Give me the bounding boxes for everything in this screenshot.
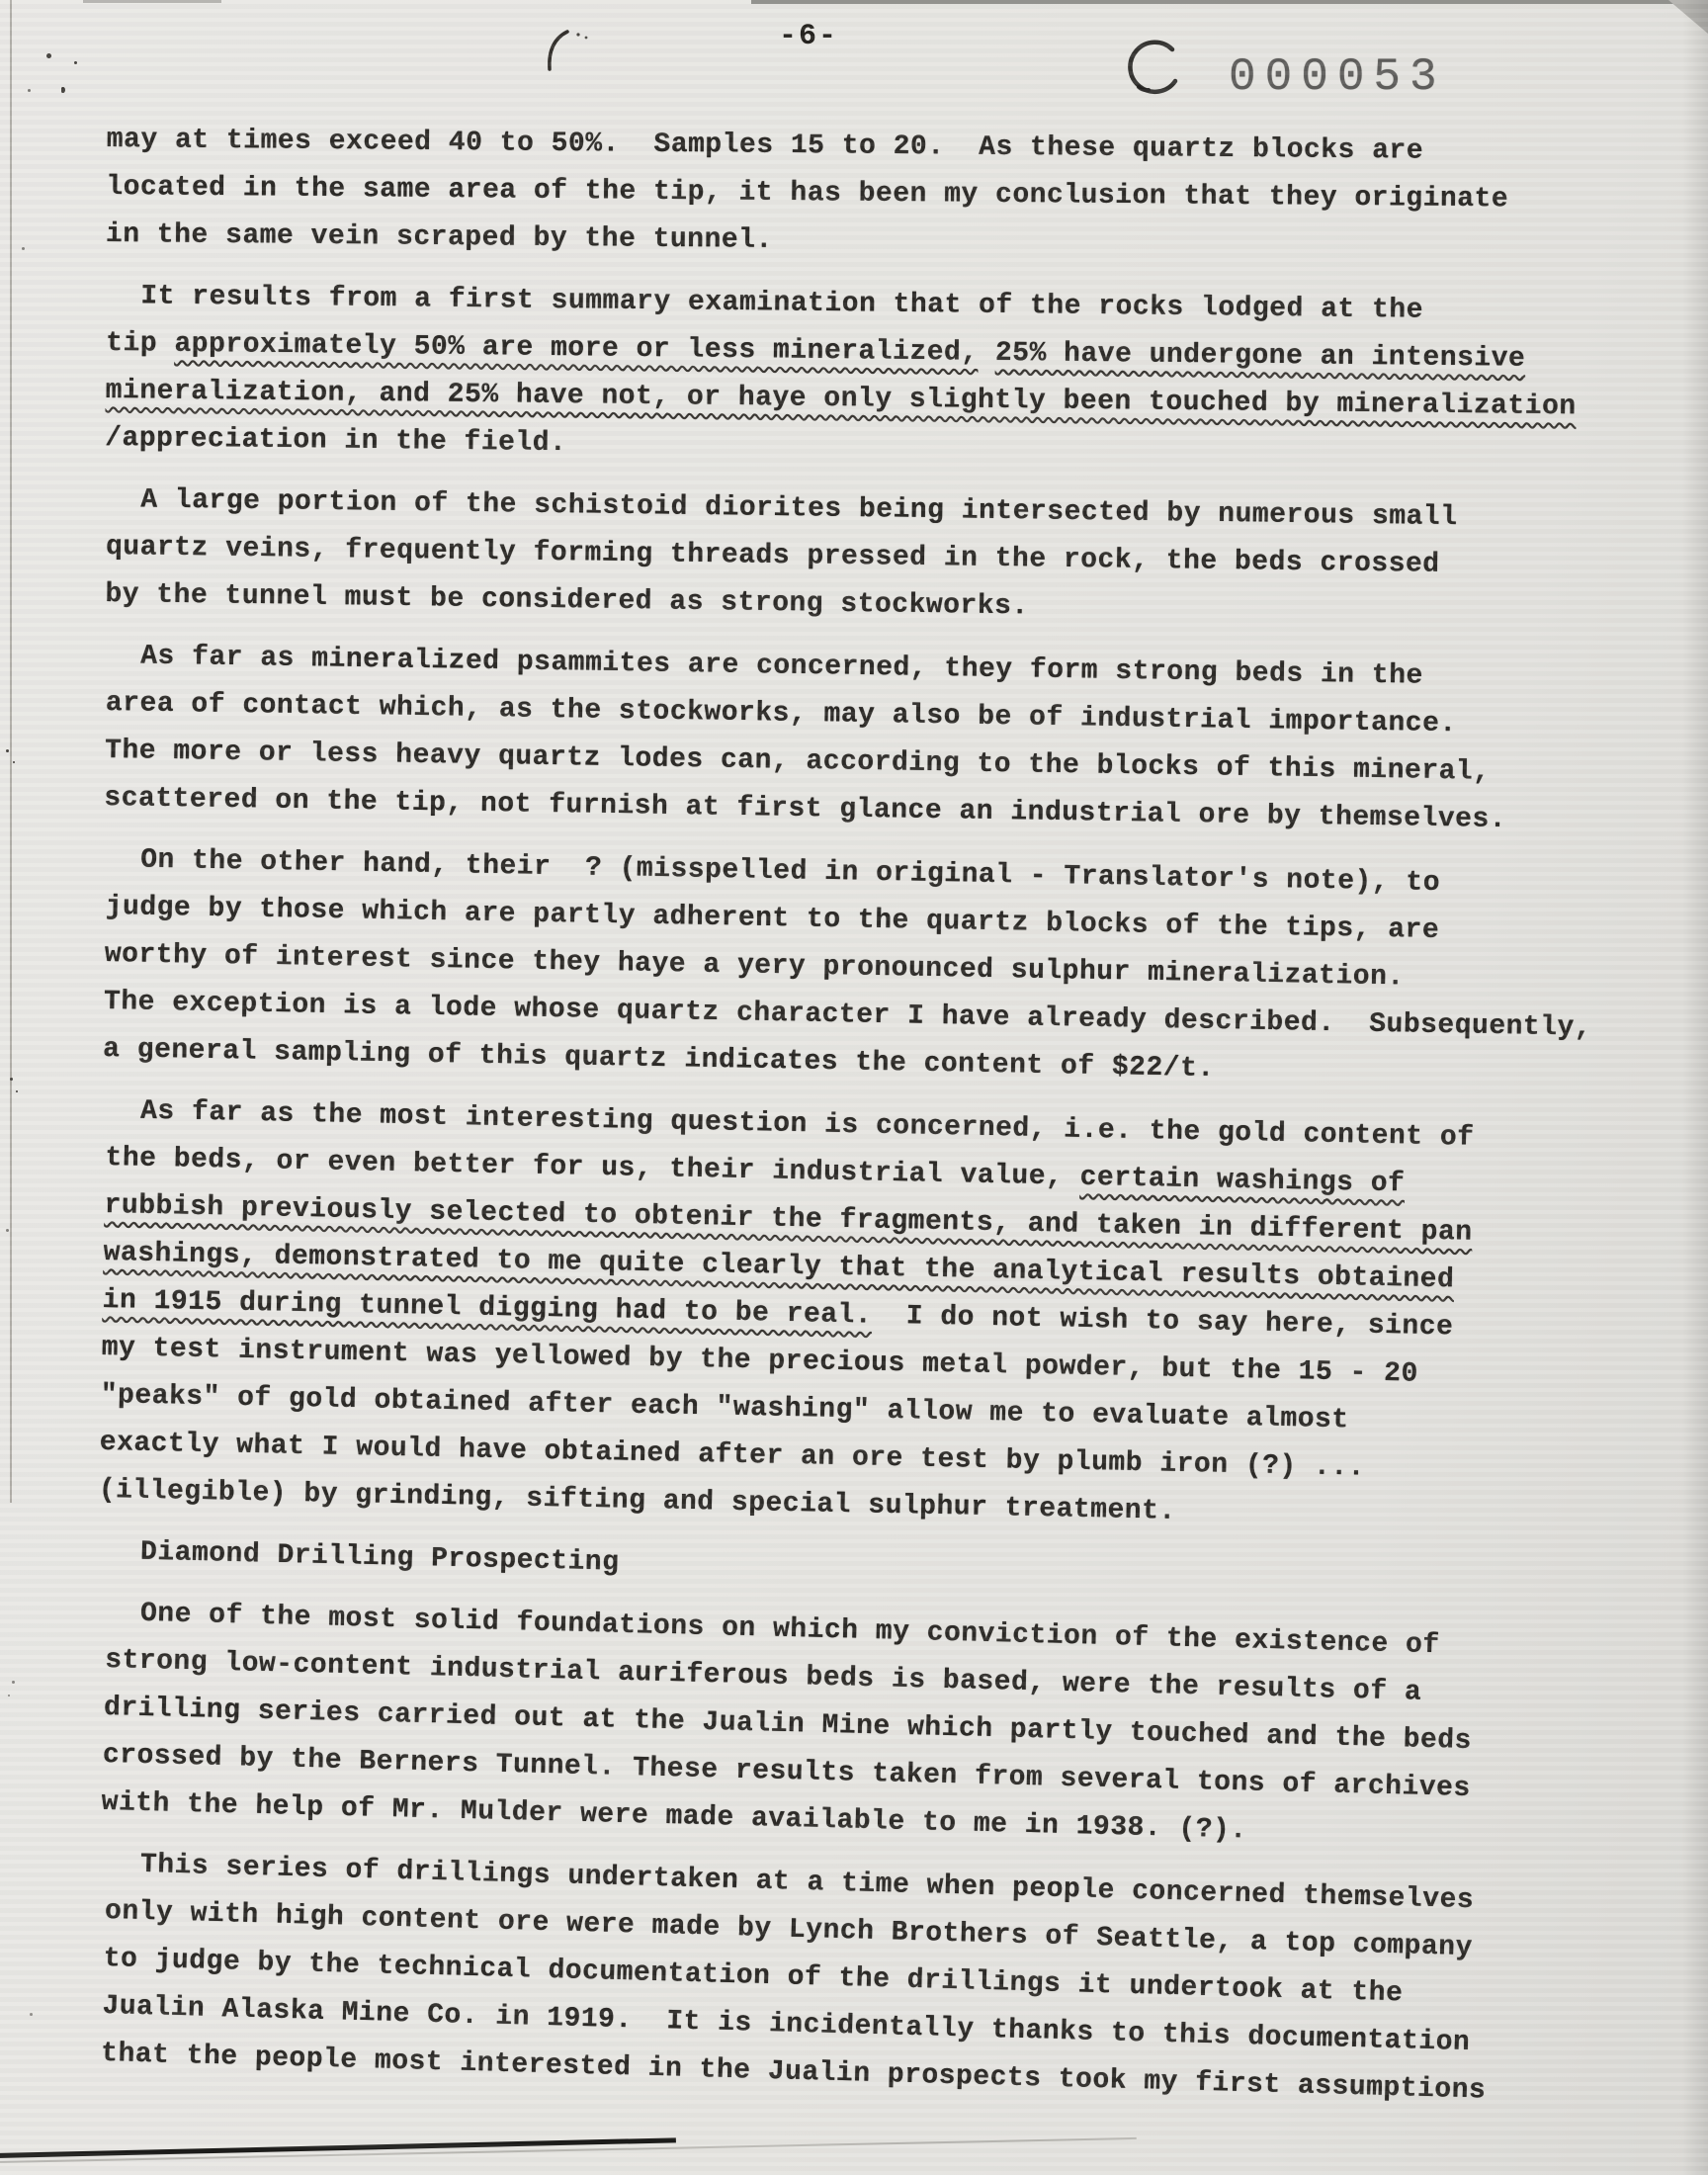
scan-edge-left-line <box>10 0 12 1503</box>
ink-speck <box>28 89 31 92</box>
scanned-document-page: -6- 000053 may at times exceed 40 to 50%… <box>0 0 1708 2175</box>
text-segment: /appreciation in the field. <box>105 423 567 459</box>
ink-speck <box>22 247 25 250</box>
ink-speck <box>6 749 9 752</box>
text-segment: tip <box>106 328 175 360</box>
ink-speck <box>13 761 15 763</box>
ink-speck <box>16 1090 18 1092</box>
text-segment: may at times exceed 40 to 50%. Samples 1… <box>107 125 1424 167</box>
paragraph: As far as mineralized psammites are conc… <box>104 633 1589 845</box>
text-segment: Diamond Drilling Prospecting <box>106 1536 620 1579</box>
underlined-text-segment: 25% have undergone an intensive <box>995 338 1526 375</box>
ink-speck <box>10 1078 13 1081</box>
underlined-text-segment: certain washings of <box>1079 1163 1405 1200</box>
page-number: -6- <box>779 20 838 53</box>
ink-speck <box>46 53 51 58</box>
paragraph: On the other hand, their ? (misspelled i… <box>103 836 1589 1100</box>
text-segment: in the same vein scraped by the tunnel. <box>106 219 773 256</box>
ink-speck <box>30 2013 33 2016</box>
underlined-text-segment: by the tunnel must be considered as stro… <box>105 579 1029 623</box>
ink-speck <box>12 1681 15 1684</box>
paragraph: A large portion of the schistoid diorite… <box>105 477 1589 639</box>
underlined-text-segment: the beds crossed <box>1166 546 1440 581</box>
text-segment: I do not wish to say here, since <box>872 1301 1454 1344</box>
ink-speck <box>8 1695 10 1696</box>
underlined-text-segment: mineralization, and 25% have not, or hay… <box>106 376 1577 422</box>
paragraph: This series of drillings undertaken at a… <box>101 1841 1589 2118</box>
underlined-text-segment: in 1915 during tunnel digging had to be … <box>102 1285 872 1332</box>
stamp-number: 000053 <box>1229 51 1446 103</box>
scan-edge-top <box>751 0 1708 4</box>
paragraph: may at times exceed 40 to 50%. Samples 1… <box>106 117 1589 272</box>
curved-pen-stroke-icon <box>546 26 593 77</box>
typed-text: may at times exceed 40 to 50%. Samples 1… <box>107 117 1589 2078</box>
text-segment: located in the same area of the tip, it … <box>106 172 1508 215</box>
scan-edge-top-left <box>83 0 221 3</box>
underlined-text-segment: approximately 50% are more or less miner… <box>174 329 979 369</box>
text-segment <box>978 338 995 369</box>
circular-ink-stamp-icon <box>1123 38 1188 103</box>
paragraph: It results from a first summary examinat… <box>105 273 1589 478</box>
ink-speck <box>74 61 77 64</box>
scan-edge-right-shade <box>1682 0 1708 2175</box>
ink-speck <box>6 1229 9 1232</box>
ink-speck <box>61 87 65 93</box>
text-segment: It results from a first summary examinat… <box>107 281 1424 326</box>
paragraph: One of the most solid foundations on whi… <box>101 1590 1588 1864</box>
text-segment: quartz veins, frequently forming threads… <box>106 532 1166 576</box>
paragraph: As far as the most interesting question … <box>98 1087 1588 1544</box>
